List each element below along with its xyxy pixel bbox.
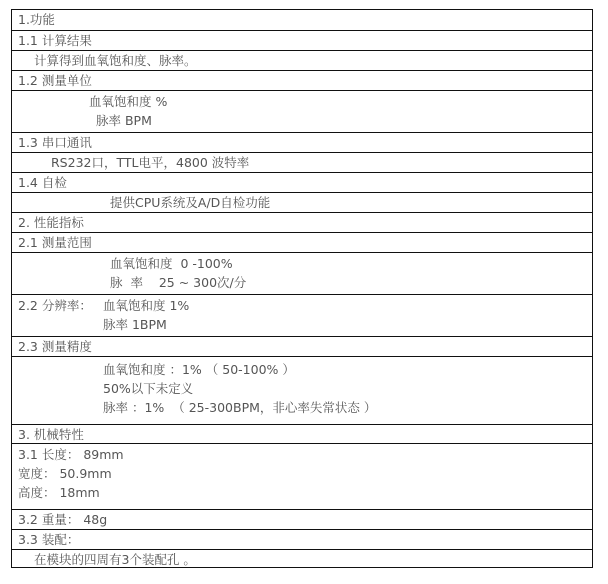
row-text: 50%以下未定义 xyxy=(103,379,193,398)
row-text: 血氧饱和度 % xyxy=(89,92,167,111)
row-text: 1.3 串口通讯 xyxy=(18,133,92,152)
row-text: 3.2 重量： 48g xyxy=(18,510,107,529)
table-row-c2-2: 2.2 分辨率：血氧饱和度 1%脉率 1BPM xyxy=(12,294,592,336)
table-row-h1-3: 1.3 串口通讯 xyxy=(12,132,592,152)
table-row-h3: 3. 机械特性 xyxy=(12,424,592,443)
row-text: 在模块的四周有3个装配孔 。 xyxy=(34,550,196,569)
table-row-c3-1: 3.1 长度： 89mm宽度： 50.9mm高度： 18mm xyxy=(12,443,592,509)
table-row-h3-3: 3.3 装配： xyxy=(12,529,592,549)
row-text: 3. 机械特性 xyxy=(18,425,84,444)
row-text: 脉率 1BPM xyxy=(103,315,167,334)
row-text: 宽度： 50.9mm xyxy=(18,464,112,483)
table-row-c1-4: 提供CPU系统及A/D自检功能 xyxy=(12,192,592,212)
row-text: 血氧饱和度 1% xyxy=(103,296,189,315)
table-row-h2: 2. 性能指标 xyxy=(12,212,592,232)
table-row-h1-2: 1.2 测量单位 xyxy=(12,70,592,90)
row-text: 2.1 测量范围 xyxy=(18,233,92,252)
row-text: 脉 率 25 ~ 300次/分 xyxy=(110,273,246,292)
table-row-h1-1: 1.1 计算结果 xyxy=(12,30,592,50)
row-text: 高度： 18mm xyxy=(18,483,100,502)
table-row-h2-3: 2.3 测量精度 xyxy=(12,336,592,356)
row-text: 计算得到血氧饱和度、脉率。 xyxy=(34,51,197,70)
table-row-h2-1: 2.1 测量范围 xyxy=(12,232,592,252)
table-row-c1-2: 血氧饱和度 %脉率 BPM xyxy=(12,90,592,132)
row-text: 2.2 分辨率： xyxy=(18,296,92,315)
row-text: 3.1 长度： 89mm xyxy=(18,445,124,464)
row-text: 脉率 ：1% （ 25-300BPM，非心率失常状态 ） xyxy=(103,398,376,417)
row-text: 脉率 BPM xyxy=(96,111,152,130)
table-row-c3-2: 3.2 重量： 48g xyxy=(12,509,592,529)
table-row-c1-3: RS232口，TTL电平，4800 波特率 xyxy=(12,152,592,172)
row-text: 2.3 测量精度 xyxy=(18,337,92,356)
table-row-c2-1: 血氧饱和度 0 -100%脉 率 25 ~ 300次/分 xyxy=(12,252,592,294)
spec-table: 1.功能1.1 计算结果计算得到血氧饱和度、脉率。1.2 测量单位血氧饱和度 %… xyxy=(11,9,593,568)
row-text: 1.2 测量单位 xyxy=(18,71,92,90)
table-row-h1-4: 1.4 自检 xyxy=(12,172,592,192)
row-text: 血氧饱和度 ：1% （ 50-100% ） xyxy=(103,360,295,379)
row-text: 1.1 计算结果 xyxy=(18,31,92,50)
row-text: 2. 性能指标 xyxy=(18,213,84,232)
row-text: 提供CPU系统及A/D自检功能 xyxy=(110,193,270,212)
row-text: 1.功能 xyxy=(18,10,55,29)
row-text: 1.4 自检 xyxy=(18,173,67,192)
row-text: 血氧饱和度 0 -100% xyxy=(110,254,233,273)
table-row-h1: 1.功能 xyxy=(12,10,592,30)
table-row-c1-1: 计算得到血氧饱和度、脉率。 xyxy=(12,50,592,70)
row-text: RS232口，TTL电平，4800 波特率 xyxy=(51,153,249,172)
table-row-c2-3: 血氧饱和度 ：1% （ 50-100% ）50%以下未定义脉率 ：1% （ 25… xyxy=(12,356,592,424)
row-text: 3.3 装配： xyxy=(18,530,79,549)
table-row-c3-3: 在模块的四周有3个装配孔 。 xyxy=(12,549,592,569)
